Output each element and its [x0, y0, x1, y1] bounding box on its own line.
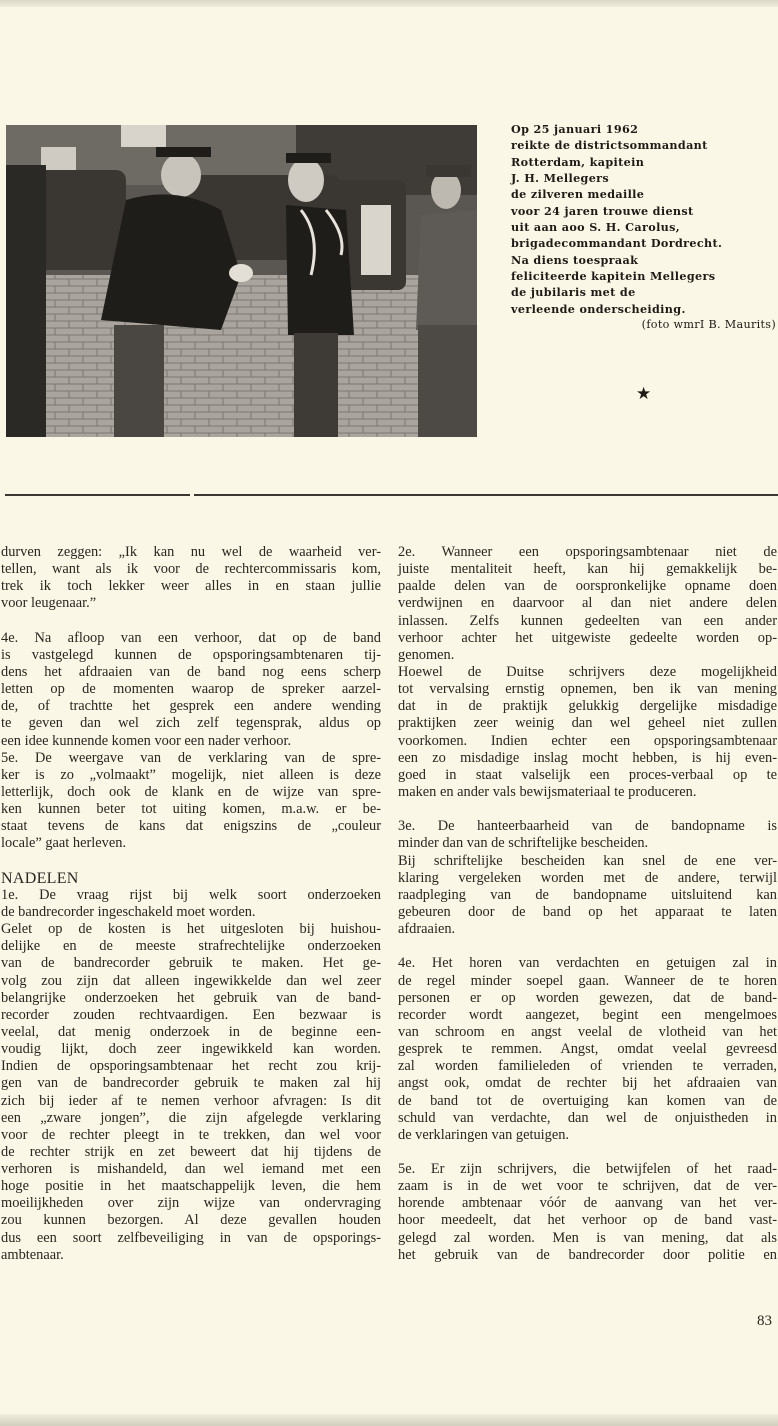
caption-line: reikte de districtsommandant [511, 137, 776, 153]
right-text-column: 2e. Wanneer een opsporingsambtenaar niet… [398, 544, 777, 1264]
page-bottom-edge [0, 1414, 778, 1426]
paragraph: Gelet op de kosten is het uitgesloten bi… [1, 921, 381, 1264]
text-line: dus een soort zelfbeveiliging in van de … [1, 1230, 381, 1247]
text-line: durven zeggen: „Ik kan nu wel de waarhei… [1, 544, 381, 561]
text-line: gelegd zal worden. Men is van mening, da… [398, 1230, 777, 1247]
text-line: de bandrecorder ingeschakeld moet worden… [1, 904, 381, 921]
text-line: raadpleging van de bandopname uitsluiten… [398, 887, 777, 904]
text-line: angst ook, omdat de rechter bij het afdr… [398, 1075, 777, 1092]
paragraph: durven zeggen: „Ik kan nu wel de waarhei… [1, 544, 381, 613]
text-line: genomen. [398, 647, 777, 664]
text-line: de regel minder soepel gaan. Wanneer de … [398, 973, 777, 990]
caption-line: voor 24 jaren trouwe dienst [511, 203, 776, 219]
text-line: delijke en de meeste strafrechtelijke on… [1, 938, 381, 955]
caption-line: verleende onderscheiding. [511, 301, 776, 317]
caption-line: J. H. Mellegers [511, 170, 776, 186]
text-line: 5e. De weergave van de verklaring van de… [1, 750, 381, 767]
text-line: 1e. De vraag rijst bij welk soort onderz… [1, 887, 381, 904]
text-line: schuld van verdachte, dan wel de onjuist… [398, 1110, 777, 1127]
text-line: ambtenaar. [1, 1247, 381, 1264]
text-line: te geven dan wel zich zelf tegensprak, a… [1, 715, 381, 732]
caption-line: de zilveren medaille [511, 186, 776, 202]
paragraph: 3e. De hanteerbaarheid van de bandopname… [398, 818, 777, 852]
text-line: recorder zouden rechtvaardigen. Een bezw… [1, 1007, 381, 1024]
text-line: 3e. De hanteerbaarheid van de bandopname… [398, 818, 777, 835]
text-line: ker is zo „volmaakt” mogelijk, niet alle… [1, 767, 381, 784]
photo-caption: Op 25 januari 1962 reikte de districtsom… [511, 121, 776, 333]
star-icon: ★ [636, 384, 651, 404]
text-line: Indien de opsporingsambtenaar het recht … [1, 1058, 381, 1075]
paragraph: 2e. Wanneer een opsporingsambtenaar niet… [398, 544, 777, 664]
text-line: moeilijkheden over zijn wijze van onderv… [1, 1195, 381, 1212]
text-line: de band tot de overtuiging kan komen van… [398, 1093, 777, 1110]
caption-line: uit aan aoo S. H. Carolus, [511, 219, 776, 235]
text-line: locale” gaat herleven. [1, 835, 381, 852]
text-line: is vastgelegd kunnen de opsporingsambten… [1, 647, 381, 664]
photo-illustration [6, 125, 477, 437]
page-top-edge [0, 0, 778, 7]
text-line: horende ambtenaar vóór de aanvang van he… [398, 1195, 777, 1212]
caption-line: brigadecommandant Dordrecht. [511, 235, 776, 251]
paragraph-gap [398, 1144, 777, 1161]
text-line: verhoor achter het uitgewiste gedeelte w… [398, 630, 777, 647]
text-line: letten op de momenten waarop de spreker … [1, 681, 381, 698]
caption-line: Rotterdam, kapitein [511, 154, 776, 170]
text-line: van schroom en angst veelal de vlotheid … [398, 1024, 777, 1041]
text-line: 4e. Het horen van verdachten en getuigen… [398, 955, 777, 972]
text-line: gesprek te remmen. Angst, omdat veelal g… [398, 1041, 777, 1058]
text-line: dens het afdraaien van de band nog eens … [1, 664, 381, 681]
caption-line: de jubilaris met de [511, 284, 776, 300]
text-line: zaam is in de wet voor te schrijven, dat… [398, 1178, 777, 1195]
caption-line: feliciteerde kapitein Mellegers [511, 268, 776, 284]
text-line: ken kunnen beter tot uiting komen, m.a.w… [1, 801, 381, 818]
text-line: gen van de bandrecorder gebruik te maken… [1, 1075, 381, 1092]
text-line: personen er op worden gewezen, dat de ba… [398, 990, 777, 1007]
text-line: de rechter strijk en zet beweert dat hij… [1, 1144, 381, 1161]
text-line: trek ik toch lekker weer alles in en sta… [1, 578, 381, 595]
text-line: zal worden familieleden of vrienden te v… [398, 1058, 777, 1075]
photo-credit: (foto wmrI B. Maurits) [511, 317, 776, 333]
paragraph: 4e. Het horen van verdachten en getuigen… [398, 955, 777, 1144]
text-line: gebeuren door de band op het apparaat te… [398, 904, 777, 921]
text-line: letterlijk, doch ook de klank en de wijz… [1, 784, 381, 801]
text-line: 5e. Er zijn schrijvers, die betwijfelen … [398, 1161, 777, 1178]
text-line: praktijken zeer weinig dan wel geheel ni… [398, 715, 777, 732]
text-line: staat tevens de kans dat enigszins de „c… [1, 818, 381, 835]
text-line: tot vervalsing ernstig opnemen, ben ik v… [398, 681, 777, 698]
text-line: een zo misdadige inslag mocht hebben, is… [398, 750, 777, 767]
text-line: het gebruik van de bandrecorder door pol… [398, 1247, 777, 1264]
paragraph: 5e. Er zijn schrijvers, die betwijfelen … [398, 1161, 777, 1264]
text-line: juiste mentaliteit heeft, kan hij gemakk… [398, 561, 777, 578]
text-line: klaring vergeleken worden met de andere,… [398, 870, 777, 887]
text-line: Bij schriftelijke bescheiden kan snel de… [398, 853, 777, 870]
paragraph: Bij schriftelijke bescheiden kan snel de… [398, 853, 777, 939]
text-line: een idee kunnende komen voor een nader v… [1, 733, 381, 750]
text-line: 2e. Wanneer een opsporingsambtenaar niet… [398, 544, 777, 561]
paragraph: 4e. Na afloop van een verhoor, dat op de… [1, 630, 381, 750]
text-line: goed in staat valselijk een proces-verba… [398, 767, 777, 784]
section-heading: NADELEN [1, 870, 381, 887]
ceremony-photo [6, 125, 477, 437]
section-divider-right [194, 494, 778, 496]
text-line: verhoren is mishandeld, dan wel iemand m… [1, 1161, 381, 1178]
left-text-column: durven zeggen: „Ik kan nu wel de waarhei… [1, 544, 381, 1264]
text-line: de verklaringen van getuigen. [398, 1127, 777, 1144]
text-line: volg zou zijn dat alleen ingewikkelde da… [1, 973, 381, 990]
text-line: inlassen. Zelfs kunnen gedeelten van een… [398, 613, 777, 630]
text-line: maken en ander vals bewijsmateriaal te p… [398, 784, 777, 801]
paragraph: Hoewel de Duitse schrijvers deze mogelij… [398, 664, 777, 801]
text-line: voorkomen. Indien echter een opsporingsa… [398, 733, 777, 750]
paragraph-gap [398, 801, 777, 818]
text-line: Gelet op de kosten is het uitgesloten bi… [1, 921, 381, 938]
text-line: een „zware jongen”, die zijn afgelegde v… [1, 1110, 381, 1127]
text-line: 4e. Na afloop van een verhoor, dat op de… [1, 630, 381, 647]
text-line: voudig lijkt, doch zeer ingewikkeld kan … [1, 1041, 381, 1058]
text-line: paalde delen van de oorspronkelijke opna… [398, 578, 777, 595]
text-line: voor leugenaar.” [1, 595, 381, 612]
paragraph-gap [1, 853, 381, 870]
paragraph-gap [398, 938, 777, 955]
text-line: hoor meedeelt, dat het verhoor op de ban… [398, 1212, 777, 1229]
caption-line: Na diens toespraak [511, 252, 776, 268]
text-line: dat in de praktijk gelukkig dergelijke m… [398, 698, 777, 715]
text-line: voor de rechter pleegt in te trekken, da… [1, 1127, 381, 1144]
text-line: veelal, dat menig onderzoek in de beginn… [1, 1024, 381, 1041]
text-line: belangrijke onderzoeken het gebruik van … [1, 990, 381, 1007]
page-number: 83 [757, 1313, 772, 1330]
caption-line: Op 25 januari 1962 [511, 121, 776, 137]
text-line: afdraaien. [398, 921, 777, 938]
paragraph-gap [1, 613, 381, 630]
text-line: hoge positie in het maatschappelijk leve… [1, 1178, 381, 1195]
text-line: minder dan van de schriftelijke bescheid… [398, 835, 777, 852]
text-line: tellen, want als ik voor de rechtercommi… [1, 561, 381, 578]
text-line: van de bandrecorder gebruik te maken. He… [1, 955, 381, 972]
text-line: verdwijnen en daarvoor al dan niet ander… [398, 595, 777, 612]
paragraph: 1e. De vraag rijst bij welk soort onderz… [1, 887, 381, 921]
text-line: zich bij ieder af te nemen verhoor afvra… [1, 1093, 381, 1110]
text-line: zou kunnen bezorgen. Al deze gevallen ho… [1, 1212, 381, 1229]
text-line: de, of trachtte het gesprek een andere w… [1, 698, 381, 715]
text-line: recorder wordt aangezet, begint een meng… [398, 1007, 777, 1024]
paragraph: 5e. De weergave van de verklaring van de… [1, 750, 381, 853]
text-line: Hoewel de Duitse schrijvers deze mogelij… [398, 664, 777, 681]
section-divider-left [5, 494, 190, 496]
